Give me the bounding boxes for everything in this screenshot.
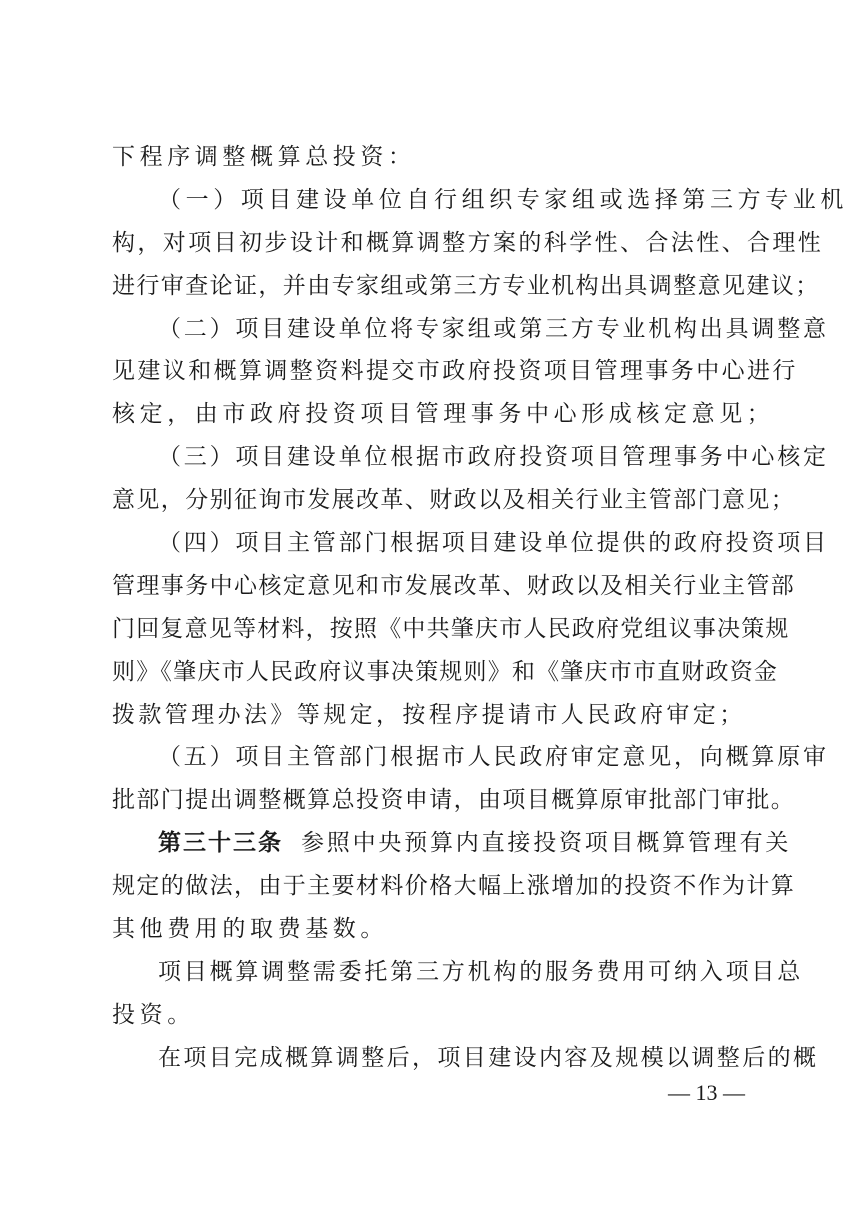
document-body: 下程序调整概算总投资： （一）项目建设单位自行组织专家组或选择第三方专业机 构，… [112, 136, 752, 1080]
paragraph: 在项目完成概算调整后，项目建设内容及规模以调整后的概 [112, 1037, 752, 1080]
text-line: 投资。 [112, 994, 752, 1037]
article-text: 参照中央预算内直接投资项目概算管理有关 [301, 830, 791, 856]
text-line: 规定的做法，由于主要材料价格大幅上涨增加的投资不作为计算 [112, 865, 752, 908]
article-heading: 第三十三条 [158, 830, 283, 856]
article-33: 第三十三条参照中央预算内直接投资项目概算管理有关 [112, 822, 752, 865]
text-line: 则》《肇庆市人民政府议事决策规则》和《肇庆市市直财政资金 [112, 651, 752, 694]
text-line: 下程序调整概算总投资： [112, 136, 752, 179]
text-line: 管理事务中心核定意见和市发展改革、财政以及相关行业主管部 [112, 565, 752, 608]
text-line: 其他费用的取费基数。 [112, 908, 752, 951]
paragraph: 项目概算调整需委托第三方机构的服务费用可纳入项目总 [112, 951, 752, 994]
list-item-5: （五）项目主管部门根据市人民政府审定意见，向概算原审 [112, 736, 752, 779]
list-item-1: （一）项目建设单位自行组织专家组或选择第三方专业机 [112, 179, 752, 222]
text-line: 门回复意见等材料，按照《中共肇庆市人民政府党组议事决策规 [112, 608, 752, 651]
text-line: 意见，分别征询市发展改革、财政以及相关行业主管部门意见； [112, 479, 752, 522]
list-item-3: （三）项目建设单位根据市政府投资项目管理事务中心核定 [112, 436, 752, 479]
list-item-4: （四）项目主管部门根据项目建设单位提供的政府投资项目 [112, 522, 752, 565]
text-line: 拨款管理办法》等规定，按程序提请市人民政府审定； [112, 694, 752, 737]
page-number: — 13 — [668, 1080, 745, 1106]
text-line: 进行审查论证，并由专家组或第三方专业机构出具调整意见建议； [112, 265, 752, 308]
text-line: 核定，由市政府投资项目管理事务中心形成核定意见； [112, 393, 752, 436]
text-line: 批部门提出调整概算总投资申请，由项目概算原审批部门审批。 [112, 779, 752, 822]
list-item-2: （二）项目建设单位将专家组或第三方专业机构出具调整意 [112, 308, 752, 351]
text-line: 构，对项目初步设计和概算调整方案的科学性、合法性、合理性 [112, 222, 752, 265]
text-line: 见建议和概算调整资料提交市政府投资项目管理事务中心进行 [112, 350, 752, 393]
